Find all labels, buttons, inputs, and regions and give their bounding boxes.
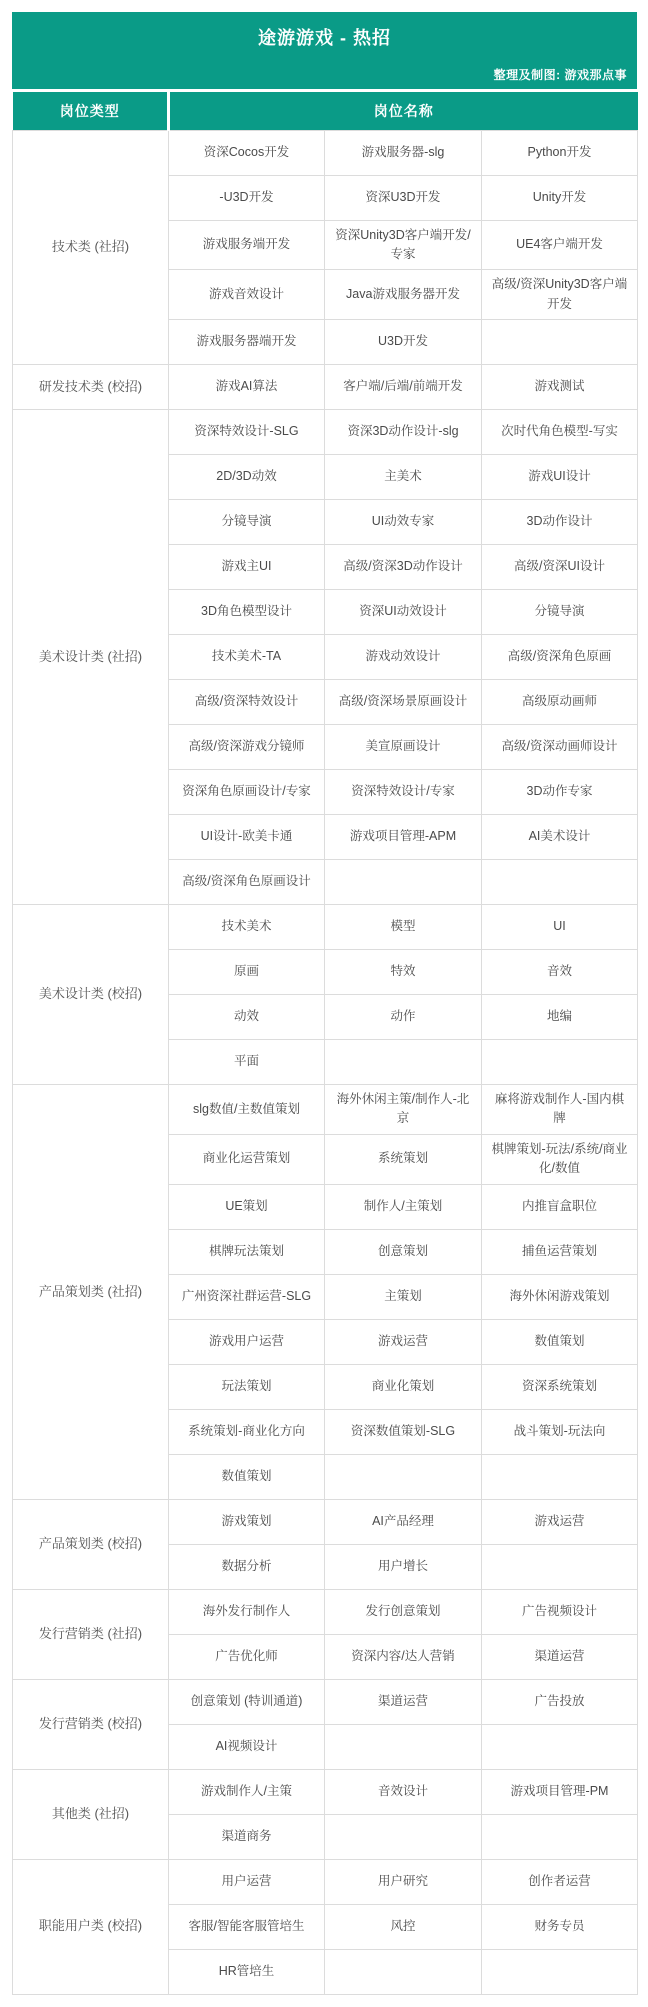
- job-cell: 高级/资深角色原画设计: [169, 860, 325, 905]
- job-cell: [482, 1814, 638, 1859]
- category-cell: 职能用户类 (校招): [13, 1859, 169, 1994]
- table-row: 产品策划类 (社招)slg数值/主数值策划海外休闲主策/制作人-北京麻将游戏制作…: [13, 1085, 638, 1135]
- category-cell: 发行营销类 (社招): [13, 1589, 169, 1679]
- job-cell: 游戏音效设计: [169, 270, 325, 320]
- job-cell: UE4客户端开发: [482, 220, 638, 270]
- job-cell: 动效: [169, 995, 325, 1040]
- job-cell: 用户增长: [325, 1544, 482, 1589]
- job-cell: 地编: [482, 995, 638, 1040]
- job-cell: [325, 1454, 482, 1499]
- job-cell: 高级/资深3D动作设计: [325, 545, 482, 590]
- job-cell: 3D角色模型设计: [169, 590, 325, 635]
- job-cell: 渠道商务: [169, 1814, 325, 1859]
- job-cell: 数值策划: [482, 1319, 638, 1364]
- job-cell: 制作人/主策划: [325, 1184, 482, 1229]
- job-cell: [482, 320, 638, 365]
- job-cell: 高级/资深角色原画: [482, 635, 638, 680]
- job-cell: AI产品经理: [325, 1499, 482, 1544]
- job-cell: 广告投放: [482, 1679, 638, 1724]
- job-cell: 系统策划: [325, 1134, 482, 1184]
- job-cell: 捕鱼运营策划: [482, 1229, 638, 1274]
- job-cell: 广州资深社群运营-SLG: [169, 1274, 325, 1319]
- job-cell: slg数值/主数值策划: [169, 1085, 325, 1135]
- category-cell: 美术设计类 (社招): [13, 410, 169, 905]
- job-cell: 游戏项目管理-PM: [482, 1769, 638, 1814]
- job-cell: 商业化策划: [325, 1364, 482, 1409]
- job-cell: 技术美术: [169, 905, 325, 950]
- job-cell: 创意策划: [325, 1229, 482, 1274]
- job-cell: 资深内容/达人营销: [325, 1634, 482, 1679]
- job-cell: 游戏服务端开发: [169, 220, 325, 270]
- job-cell: UE策划: [169, 1184, 325, 1229]
- table-row: 美术设计类 (校招)技术美术模型UI: [13, 905, 638, 950]
- job-cell: 游戏运营: [482, 1499, 638, 1544]
- job-cell: 资深Unity3D客户端开发/专家: [325, 220, 482, 270]
- job-cell: 游戏AI算法: [169, 365, 325, 410]
- job-cell: 资深特效设计-SLG: [169, 410, 325, 455]
- job-cell: U3D开发: [325, 320, 482, 365]
- job-cell: 系统策划-商业化方向: [169, 1409, 325, 1454]
- category-cell: 发行营销类 (校招): [13, 1679, 169, 1769]
- job-cell: Python开发: [482, 130, 638, 175]
- job-cell: 广告视频设计: [482, 1589, 638, 1634]
- job-cell: 渠道运营: [482, 1634, 638, 1679]
- infographic-page: 途游游戏 - 热招 整理及制图: 游戏那点事 岗位类型 岗位名称 技术类 (社招…: [0, 0, 648, 2007]
- job-cell: 资深UI动效设计: [325, 590, 482, 635]
- column-header-type: 岗位类型: [13, 92, 169, 130]
- column-header-jobs: 岗位名称: [169, 92, 638, 130]
- job-cell: [325, 1040, 482, 1085]
- job-cell: [325, 1814, 482, 1859]
- job-cell: 创意策划 (特训通道): [169, 1679, 325, 1724]
- job-cell: AI美术设计: [482, 815, 638, 860]
- table-row: 发行营销类 (校招)创意策划 (特训通道)渠道运营广告投放: [13, 1679, 638, 1724]
- job-cell: 玩法策划: [169, 1364, 325, 1409]
- job-cell: [482, 1544, 638, 1589]
- table-row: 发行营销类 (社招)海外发行制作人发行创意策划广告视频设计: [13, 1589, 638, 1634]
- job-cell: 创作者运营: [482, 1859, 638, 1904]
- job-cell: 高级/资深动画师设计: [482, 725, 638, 770]
- job-cell: 用户运营: [169, 1859, 325, 1904]
- page-title: 途游游戏 - 热招: [22, 24, 627, 50]
- job-cell: 原画: [169, 950, 325, 995]
- job-cell: 模型: [325, 905, 482, 950]
- job-cell: 分镜导演: [482, 590, 638, 635]
- job-cell: 主美术: [325, 455, 482, 500]
- job-cell: [482, 1949, 638, 1994]
- job-cell: [325, 1949, 482, 1994]
- job-cell: Java游戏服务器开发: [325, 270, 482, 320]
- job-cell: [325, 1724, 482, 1769]
- table-row: 技术类 (社招)资深Cocos开发游戏服务器-slgPython开发: [13, 130, 638, 175]
- category-cell: 技术类 (社招): [13, 130, 169, 365]
- job-cell: 游戏运营: [325, 1319, 482, 1364]
- job-cell: 高级原动画师: [482, 680, 638, 725]
- job-cell: 资深U3D开发: [325, 175, 482, 220]
- job-cell: 财务专员: [482, 1904, 638, 1949]
- job-cell: 数据分析: [169, 1544, 325, 1589]
- job-cell: 资深数值策划-SLG: [325, 1409, 482, 1454]
- job-cell: 游戏UI设计: [482, 455, 638, 500]
- job-cell: 3D动作专家: [482, 770, 638, 815]
- job-table: 岗位类型 岗位名称 技术类 (社招)资深Cocos开发游戏服务器-slgPyth…: [12, 92, 638, 1995]
- job-cell: 海外休闲主策/制作人-北京: [325, 1085, 482, 1135]
- job-cell: 商业化运营策划: [169, 1134, 325, 1184]
- job-cell: 高级/资深游戏分镜师: [169, 725, 325, 770]
- job-cell: 高级/资深Unity3D客户端开发: [482, 270, 638, 320]
- credit-text: 整理及制图: 游戏那点事: [22, 66, 627, 83]
- job-cell: 游戏测试: [482, 365, 638, 410]
- job-cell: [482, 1724, 638, 1769]
- job-cell: 资深Cocos开发: [169, 130, 325, 175]
- job-cell: [482, 1040, 638, 1085]
- job-cell: 海外休闲游戏策划: [482, 1274, 638, 1319]
- job-cell: 高级/资深UI设计: [482, 545, 638, 590]
- job-cell: 客服/智能客服管培生: [169, 1904, 325, 1949]
- job-cell: 游戏服务器端开发: [169, 320, 325, 365]
- table-row: 产品策划类 (校招)游戏策划AI产品经理游戏运营: [13, 1499, 638, 1544]
- category-cell: 产品策划类 (社招): [13, 1085, 169, 1500]
- job-cell: 资深3D动作设计-slg: [325, 410, 482, 455]
- job-cell: 发行创意策划: [325, 1589, 482, 1634]
- table-row: 其他类 (社招)游戏制作人/主策音效设计游戏项目管理-PM: [13, 1769, 638, 1814]
- job-cell: 游戏服务器-slg: [325, 130, 482, 175]
- job-cell: 次时代角色模型-写实: [482, 410, 638, 455]
- job-cell: 资深系统策划: [482, 1364, 638, 1409]
- job-cell: -U3D开发: [169, 175, 325, 220]
- job-cell: UI: [482, 905, 638, 950]
- job-cell: 风控: [325, 1904, 482, 1949]
- job-cell: 高级/资深场景原画设计: [325, 680, 482, 725]
- job-cell: [482, 860, 638, 905]
- job-cell: 游戏项目管理-APM: [325, 815, 482, 860]
- job-cell: UI设计-欧美卡通: [169, 815, 325, 860]
- job-cell: [325, 860, 482, 905]
- job-cell: Unity开发: [482, 175, 638, 220]
- job-cell: 数值策划: [169, 1454, 325, 1499]
- job-cell: 美宣原画设计: [325, 725, 482, 770]
- job-cell: 棋牌玩法策划: [169, 1229, 325, 1274]
- job-cell: 音效设计: [325, 1769, 482, 1814]
- job-table-body: 技术类 (社招)资深Cocos开发游戏服务器-slgPython开发-U3D开发…: [13, 130, 638, 1994]
- job-cell: AI视频设计: [169, 1724, 325, 1769]
- job-cell: 资深特效设计/专家: [325, 770, 482, 815]
- job-cell: 游戏主UI: [169, 545, 325, 590]
- job-cell: 麻将游戏制作人-国内棋牌: [482, 1085, 638, 1135]
- job-cell: 海外发行制作人: [169, 1589, 325, 1634]
- category-cell: 美术设计类 (校招): [13, 905, 169, 1085]
- table-row: 美术设计类 (社招)资深特效设计-SLG资深3D动作设计-slg次时代角色模型-…: [13, 410, 638, 455]
- job-cell: [482, 1454, 638, 1499]
- job-cell: 3D动作设计: [482, 500, 638, 545]
- category-cell: 研发技术类 (校招): [13, 365, 169, 410]
- header-row: 岗位类型 岗位名称: [13, 92, 638, 130]
- category-cell: 其他类 (社招): [13, 1769, 169, 1859]
- job-cell: 音效: [482, 950, 638, 995]
- job-cell: 游戏制作人/主策: [169, 1769, 325, 1814]
- job-cell: 主策划: [325, 1274, 482, 1319]
- job-cell: 动作: [325, 995, 482, 1040]
- job-cell: 战斗策划-玩法向: [482, 1409, 638, 1454]
- job-cell: 分镜导演: [169, 500, 325, 545]
- job-cell: 内推盲盒职位: [482, 1184, 638, 1229]
- table-row: 职能用户类 (校招)用户运营用户研究创作者运营: [13, 1859, 638, 1904]
- job-cell: 游戏动效设计: [325, 635, 482, 680]
- table-row: 研发技术类 (校招)游戏AI算法客户端/后端/前端开发游戏测试: [13, 365, 638, 410]
- job-cell: 渠道运营: [325, 1679, 482, 1724]
- category-cell: 产品策划类 (校招): [13, 1499, 169, 1589]
- job-cell: 2D/3D动效: [169, 455, 325, 500]
- job-cell: HR管培生: [169, 1949, 325, 1994]
- job-cell: 游戏策划: [169, 1499, 325, 1544]
- job-cell: 广告优化师: [169, 1634, 325, 1679]
- job-cell: 资深角色原画设计/专家: [169, 770, 325, 815]
- job-cell: 游戏用户运营: [169, 1319, 325, 1364]
- job-cell: 平面: [169, 1040, 325, 1085]
- job-table-header: 岗位类型 岗位名称: [13, 92, 638, 130]
- job-cell: 棋牌策划-玩法/系统/商业化/数值: [482, 1134, 638, 1184]
- job-cell: UI动效专家: [325, 500, 482, 545]
- job-cell: 客户端/后端/前端开发: [325, 365, 482, 410]
- job-cell: 技术美术-TA: [169, 635, 325, 680]
- job-cell: 特效: [325, 950, 482, 995]
- job-cell: 高级/资深特效设计: [169, 680, 325, 725]
- title-band: 途游游戏 - 热招 整理及制图: 游戏那点事: [12, 12, 637, 89]
- job-cell: 用户研究: [325, 1859, 482, 1904]
